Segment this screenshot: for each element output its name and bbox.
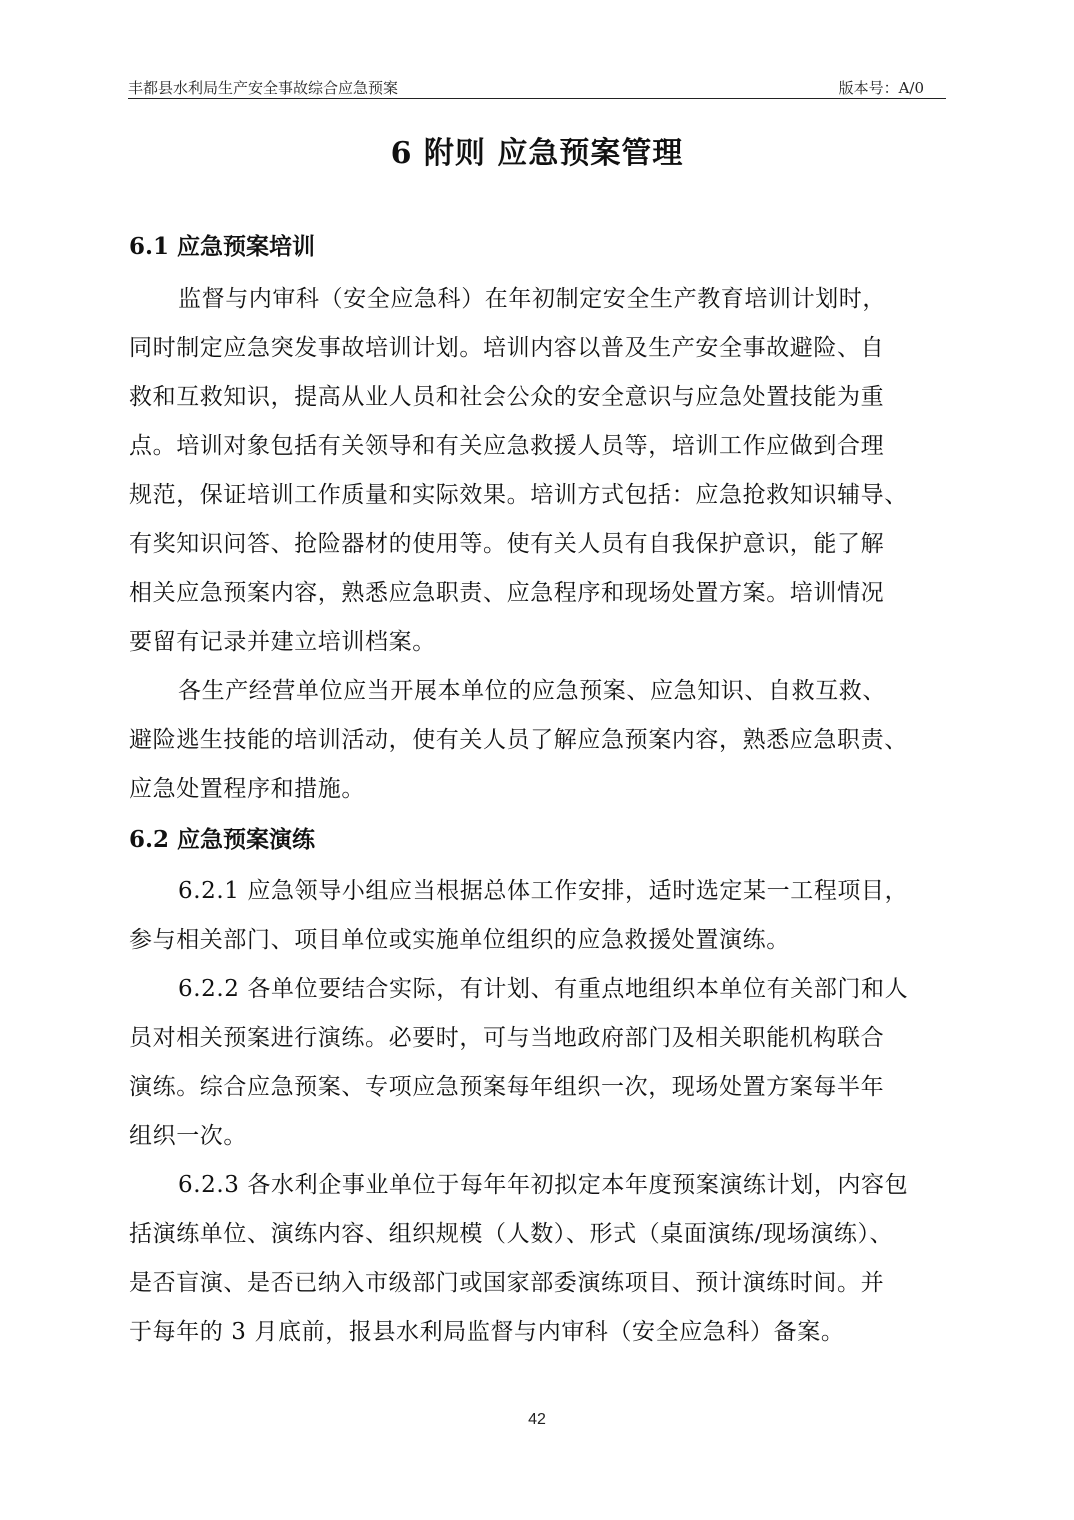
paragraph-line: 要留有记录并建立培训档案。: [129, 623, 436, 656]
paragraph-line: 于每年的 3 月底前，报县水利局监督与内审科（安全应急科）备案。: [129, 1313, 844, 1346]
paragraph-line: 员对相关预案进行演练。必要时，可与当地政府部门及相关职能机构联合: [129, 1019, 884, 1052]
section-heading-6-1: 6.1 应急预案培训: [129, 228, 315, 261]
paragraph-line: 监督与内审科（安全应急科）在年初制定安全生产教育培训计划时，: [178, 280, 886, 313]
paragraph-line: 相关应急预案内容，熟悉应急职责、应急程序和现场处置方案。培训情况: [129, 574, 884, 607]
paragraph-line: 避险逃生技能的培训活动，使有关人员了解应急预案内容，熟悉应急职责、: [129, 721, 908, 754]
header-rule: [128, 98, 946, 99]
paragraph-line: 参与相关部门、项目单位或实施单位组织的应急救援处置演练。: [129, 921, 790, 954]
paragraph-line: 演练。综合应急预案、专项应急预案每年组织一次，现场处置方案每半年: [129, 1068, 884, 1101]
paragraph-line: 6.2.3 各水利企事业单位于每年年初拟定本年度预案演练计划，内容包: [178, 1166, 908, 1199]
paragraph-line: 组织一次。: [129, 1117, 247, 1150]
paragraph-line: 应急处置程序和措施。: [129, 770, 365, 803]
header-version: 版本号：A/0: [839, 77, 924, 98]
page-number: 42: [0, 1411, 1074, 1429]
paragraph-line: 有奖知识问答、抢险器材的使用等。使有关人员有自我保护意识，能了解: [129, 525, 884, 558]
document-page: 丰都县水利局生产安全事故综合应急预案 版本号：A/0 6 附则 应急预案管理 6…: [0, 0, 1074, 1520]
paragraph-line: 同时制定应急突发事故培训计划。培训内容以普及生产安全事故避险、自: [129, 329, 884, 362]
running-header: 丰都县水利局生产安全事故综合应急预案 版本号：A/0: [128, 77, 946, 99]
section-heading-6-2: 6.2 应急预案演练: [129, 821, 315, 854]
paragraph-line: 救和互救知识，提高从业人员和社会公众的安全意识与应急处置技能为重: [129, 378, 884, 411]
paragraph-line: 6.2.2 各单位要结合实际，有计划、有重点地组织本单位有关部门和人: [178, 970, 908, 1003]
paragraph-line: 6.2.1 应急领导小组应当根据总体工作安排，适时选定某一工程项目，: [178, 872, 908, 905]
paragraph-line: 规范，保证培训工作质量和实际效果。培训方式包括：应急抢救知识辅导、: [129, 476, 908, 509]
paragraph-line: 括演练单位、演练内容、组织规模（人数）、形式（桌面演练/现场演练）、: [129, 1215, 893, 1248]
chapter-title: 6 附则 应急预案管理: [0, 128, 1074, 172]
paragraph-line: 各生产经营单位应当开展本单位的应急预案、应急知识、自救互救、: [178, 672, 886, 705]
paragraph-line: 点。培训对象包括有关领导和有关应急救援人员等，培训工作应做到合理: [129, 427, 884, 460]
paragraph-line: 是否盲演、是否已纳入市级部门或国家部委演练项目、预计演练时间。并: [129, 1264, 884, 1297]
header-document-title: 丰都县水利局生产安全事故综合应急预案: [128, 77, 398, 98]
